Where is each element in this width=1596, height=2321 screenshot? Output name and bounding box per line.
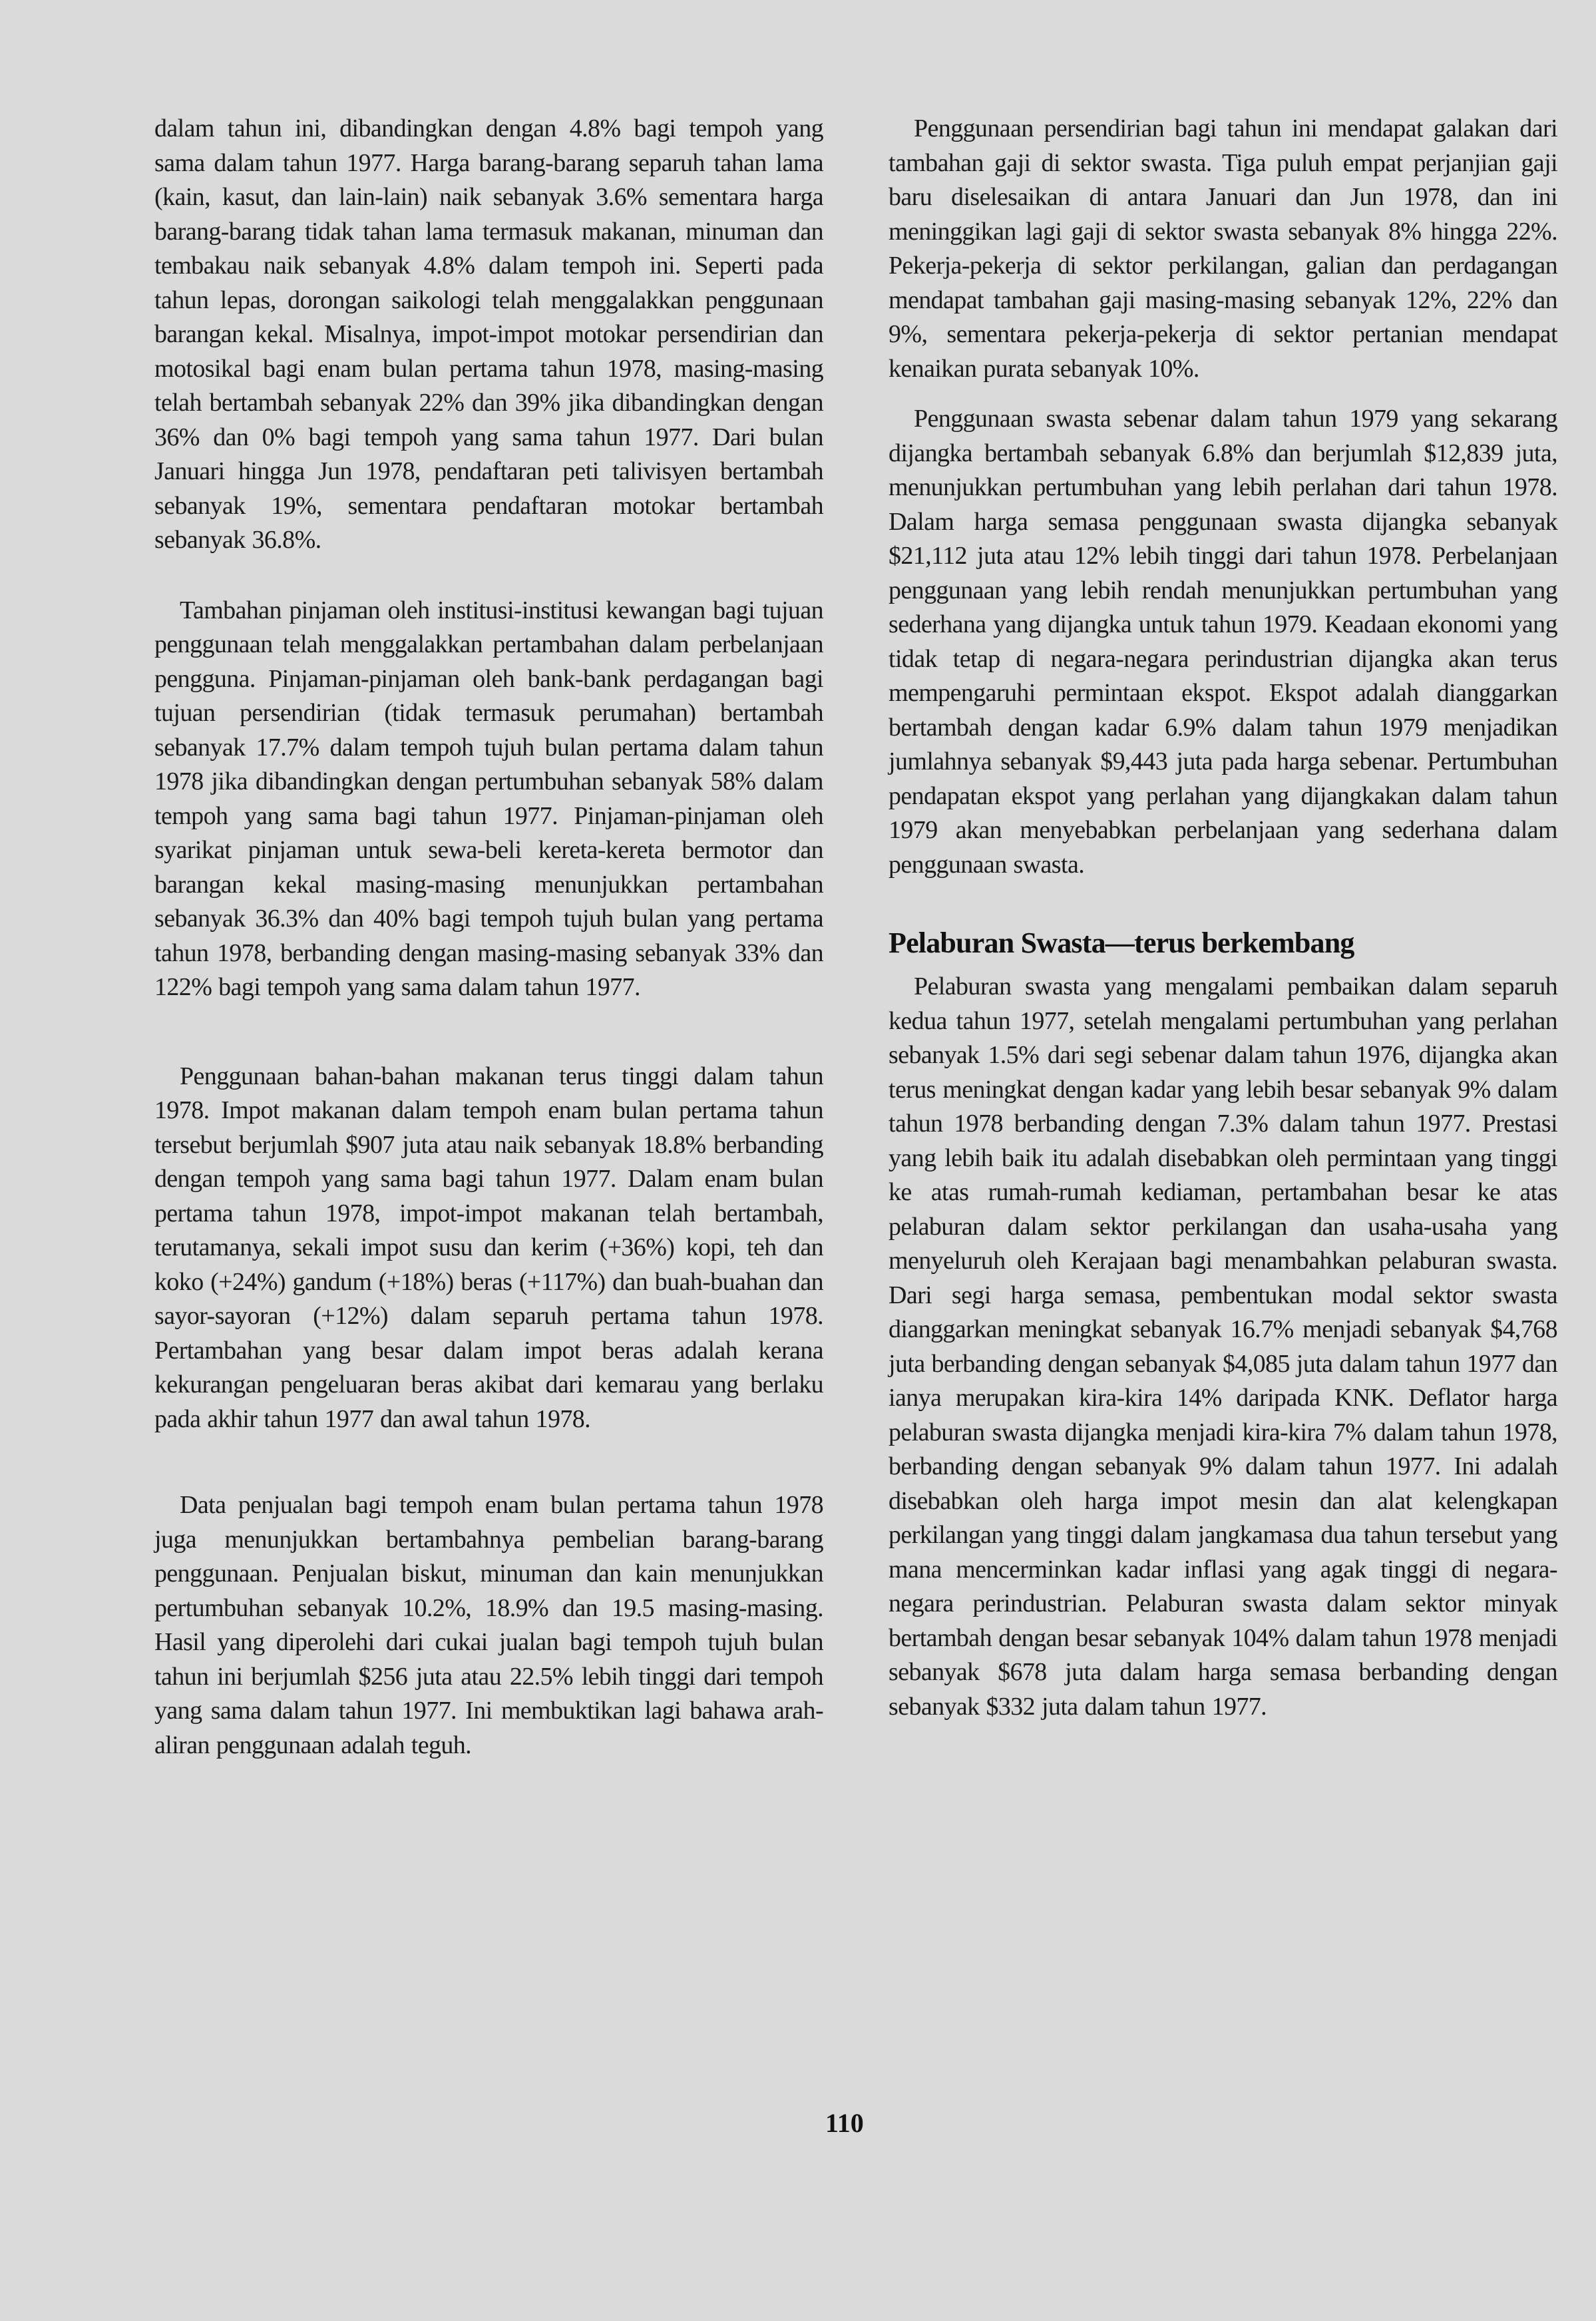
document-page: dalam tahun ini, dibandingkan dengan 4.8…	[0, 0, 1596, 2321]
paragraph-private-investment: Pelaburan swasta yang mengalami pembaika…	[889, 970, 1557, 1724]
paragraph-private-wages: Penggunaan persendirian bagi tahun ini m…	[889, 112, 1557, 386]
page-number: 110	[825, 2107, 864, 2139]
left-column: dalam tahun ini, dibandingkan dengan 4.8…	[154, 112, 823, 1763]
paragraph-consumer-credit: Tambahan pinjaman oleh institusi-institu…	[154, 594, 823, 1005]
paragraph-sales-data: Data penjualan bagi tempoh enam bulan pe…	[154, 1488, 823, 1763]
paragraph-food-consumption: Penggunaan bahan-bahan makanan terus tin…	[154, 1060, 823, 1437]
paragraph-private-consumption-1979: Penggunaan swasta sebenar dalam tahun 19…	[889, 402, 1557, 882]
right-column: Penggunaan persendirian bagi tahun ini m…	[889, 112, 1557, 1724]
section-heading: Pelaburan Swasta—terus berkembang	[889, 925, 1557, 962]
paragraph-consumer-prices: dalam tahun ini, dibandingkan dengan 4.8…	[154, 112, 823, 558]
